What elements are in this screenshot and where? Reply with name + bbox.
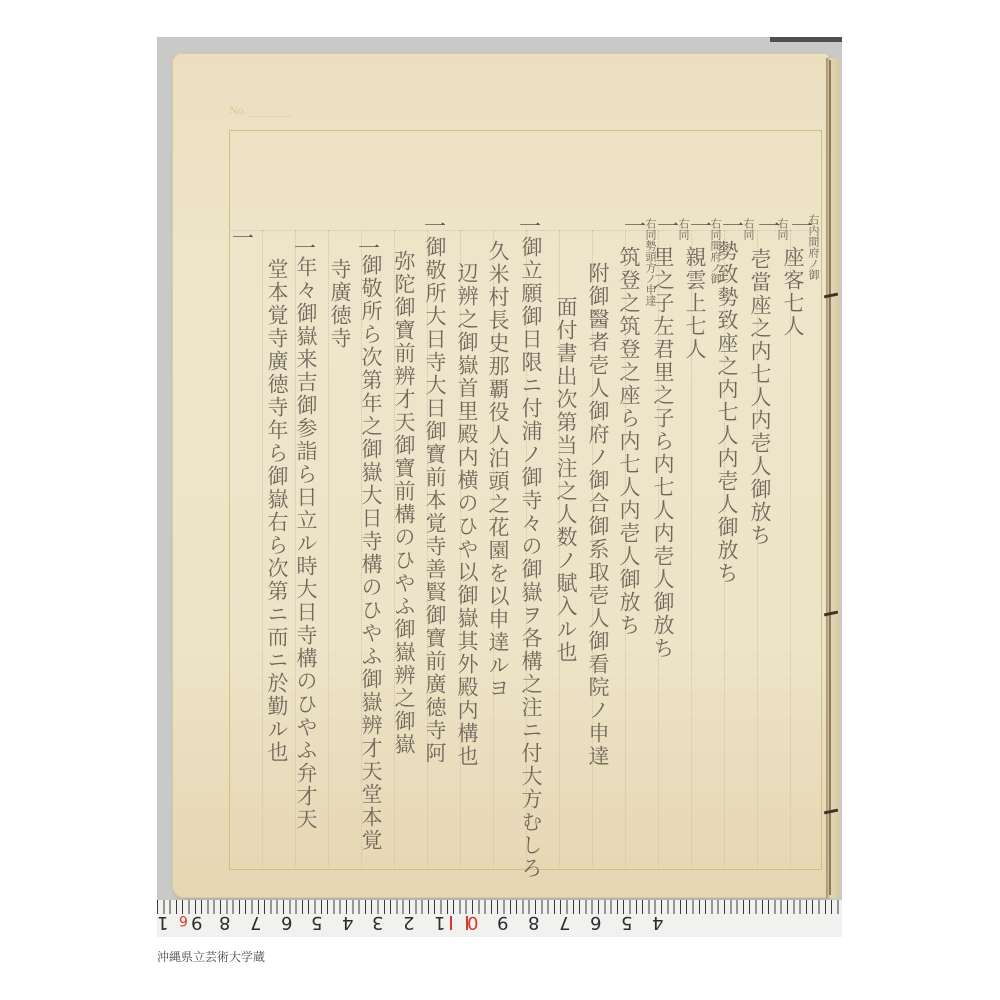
ruler-number: 7 — [250, 912, 261, 933]
manuscript-column: 御立願御日限ニ付浦ノ御寺々の御嶽ヲ各構之注ニ付大方むしろ — [516, 236, 546, 880]
column-note: 右同 — [676, 218, 690, 240]
ruler-number: 8 — [219, 912, 230, 933]
ruler-number: 9 — [497, 912, 508, 933]
ruler-number: 7 — [559, 912, 570, 933]
manuscript-column: 筑登之筑登之座ら内七人内壱人御放ち — [614, 246, 644, 637]
manuscript-column: 御敬所大日寺大日御寶前本覚寺善賢御寶前廣徳寺阿 — [420, 236, 450, 765]
ruler-number: 4 — [652, 912, 663, 933]
manuscript-column: 御敬所ら次第年之御嶽大日寺構のひやふ御嶽辨才天堂本覚 — [356, 254, 386, 852]
margin-mark: 一 — [232, 222, 254, 253]
ruler-number: 1 — [157, 912, 168, 933]
manuscript-column: 辺辨之御嶽首里殿内横のひや以御嶽其外殿内構也 — [452, 262, 482, 768]
dark-edge-strip — [770, 37, 842, 42]
manuscript-column: 久米村長史那覇役人泊頭之花園を以申達ルヨ — [483, 240, 513, 700]
manuscript-column: 座客七人 — [778, 246, 808, 338]
ruler-zero: 0 — [467, 912, 478, 933]
ruler-number: 4 — [342, 912, 353, 933]
column-note: 右同 — [775, 218, 789, 240]
ruler-number: 2 — [403, 912, 414, 933]
manuscript-column: 勢致勢致座之内七人内壱人御放ち — [712, 240, 742, 585]
ruler-number: 6 — [590, 912, 601, 933]
measuring-tape: 1 6 9 8 7 6 5 4 3 2 1 0 9 8 7 6 5 4 — [157, 900, 842, 937]
column-note: 右同 — [741, 218, 755, 240]
manuscript-column: 堂本覚寺廣徳寺年ら御嶽右ら次第ニ而ニ於勤ル也 — [262, 258, 292, 764]
column-note: 右同間府ノ御 — [708, 218, 722, 284]
ruler-number: 3 — [372, 912, 383, 933]
manuscript-column: 親雲上七人 — [680, 246, 710, 361]
manuscript-column: 附御醫者壱人御府ノ御合御系取壱人御看院ノ申達 — [583, 262, 613, 768]
ruler-meter-mark — [450, 916, 468, 930]
ruler-number: 5 — [311, 912, 322, 933]
ruler-number: 6 — [179, 912, 188, 928]
manuscript-column: 壱當座之内七人内壱人御放ち — [745, 248, 775, 547]
ruler-number: 1 — [434, 912, 445, 933]
manuscript-column: 年々御嶽来吉御参詣ら日立ル時大日寺構のひやふ弁才天 — [291, 256, 321, 831]
column-note: 右内間府ノ御 — [806, 214, 820, 280]
ruler-number: 8 — [528, 912, 539, 933]
form-number-label: No. — [229, 103, 247, 118]
form-number-dotted-line — [250, 116, 292, 117]
manuscript-column: 里之子左君里之子ら内七人内壱人御放ち — [648, 246, 678, 660]
ruler-number: 5 — [621, 912, 632, 933]
collection-credit-caption: 沖縄県立芸術大学蔵 — [157, 948, 265, 965]
binding-fold-line — [829, 60, 831, 895]
column-note: 右同勢頭方ノ申達 — [643, 218, 657, 306]
ruler-number: 6 — [281, 912, 292, 933]
manuscript-column: 面付書出次第当注之人数ノ賦入ル也 — [551, 296, 581, 664]
manuscript-column: 寺廣徳寺 — [325, 258, 355, 350]
ruler-number: 9 — [191, 912, 202, 933]
manuscript-column: 弥陀御寶前辨才天御寶前構のひやふ御嶽辨之御嶽 — [389, 250, 419, 756]
